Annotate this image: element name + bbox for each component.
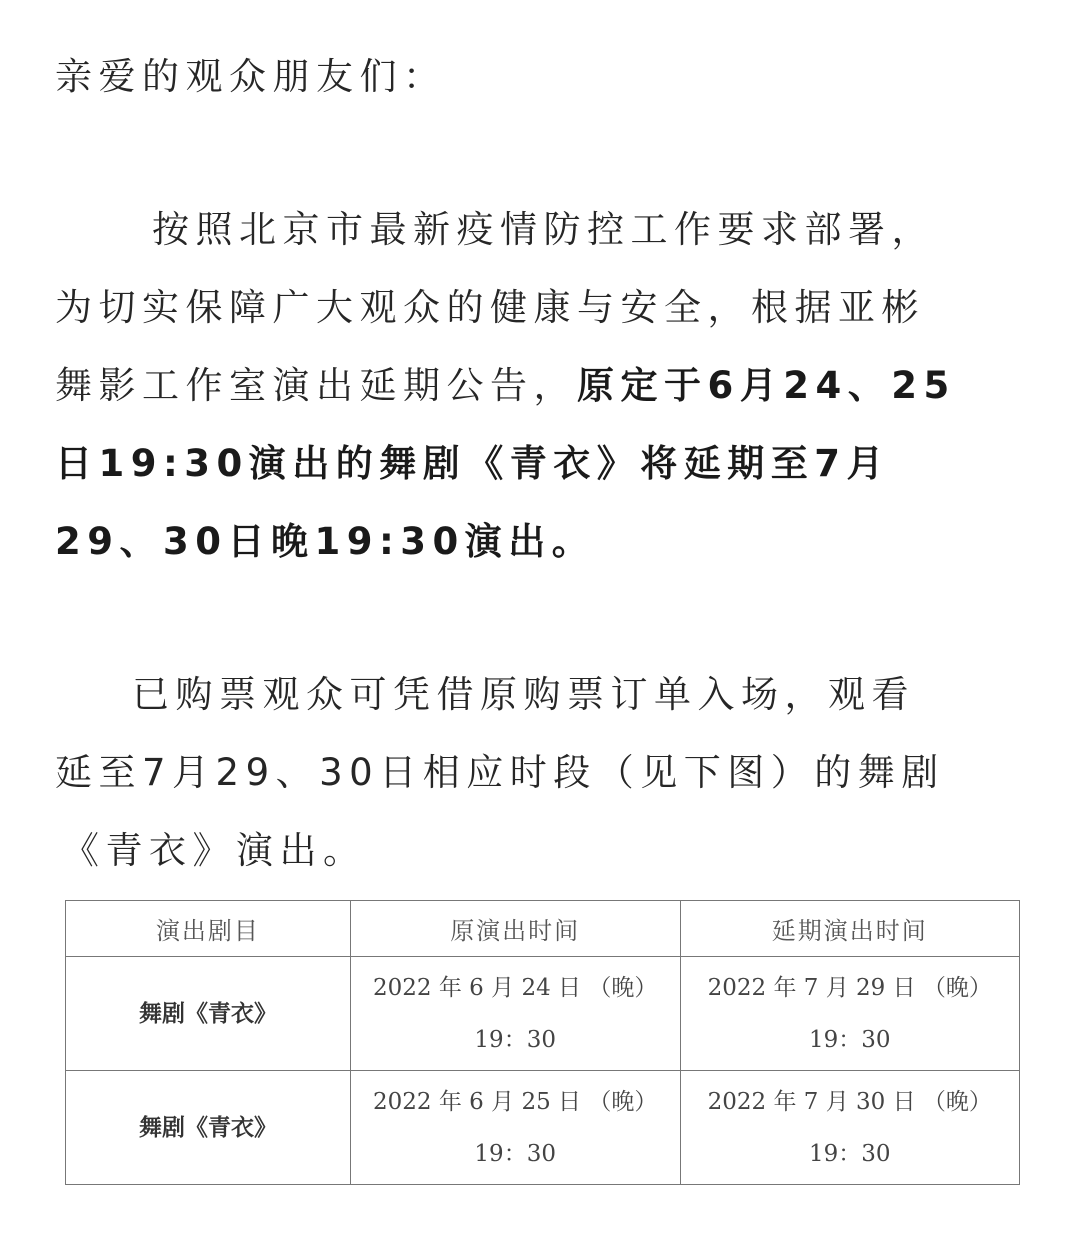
p1-line-4: 日19:30演出的舞剧《青衣》将延期至7月 bbox=[55, 439, 890, 489]
table-header-row: 演出剧目 原演出时间 延期演出时间 bbox=[66, 901, 1020, 957]
header-original-time: 原演出时间 bbox=[350, 901, 680, 957]
p1-line-5: 29、30日晚19:30演出。 bbox=[55, 517, 595, 567]
postponed-clock: 19：30 bbox=[682, 1014, 1019, 1066]
p1-line-3-plain: 舞影工作室演出延期公告， bbox=[55, 364, 577, 407]
postponed-date: 2022 年 7 月 30 日 （晚） bbox=[682, 1076, 1019, 1128]
original-time: 2022 年 6 月 24 日 （晚）19：30 bbox=[350, 957, 680, 1071]
p2-line-3: 《青衣》演出。 bbox=[62, 826, 367, 876]
p1-line-3: 舞影工作室演出延期公告，原定于6月24、25 bbox=[55, 361, 956, 411]
original-clock: 19：30 bbox=[352, 1014, 679, 1066]
original-date: 2022 年 6 月 24 日 （晚） bbox=[352, 962, 679, 1014]
p1-line-3-bold: 原定于6月24、25 bbox=[577, 364, 956, 407]
original-clock: 19：30 bbox=[352, 1128, 679, 1180]
greeting: 亲爱的观众朋友们： bbox=[55, 52, 447, 102]
p2-line-1: 已购票观众可凭借原购票订单入场，观看 bbox=[132, 670, 915, 720]
header-show: 演出剧目 bbox=[66, 901, 351, 957]
show-name: 舞剧《青衣》 bbox=[66, 1071, 351, 1185]
postponed-time: 2022 年 7 月 29 日 （晚）19：30 bbox=[680, 957, 1020, 1071]
p1-line-1: 按照北京市最新疫情防控工作要求部署， bbox=[152, 205, 935, 255]
p1-line-2: 为切实保障广大观众的健康与安全，根据亚彬 bbox=[55, 283, 925, 333]
table-row: 舞剧《青衣》 2022 年 6 月 25 日 （晚）19：30 2022 年 7… bbox=[66, 1071, 1020, 1185]
postponed-date: 2022 年 7 月 29 日 （晚） bbox=[682, 962, 1019, 1014]
schedule-table: 演出剧目 原演出时间 延期演出时间 舞剧《青衣》 2022 年 6 月 24 日… bbox=[65, 900, 1020, 1185]
original-time: 2022 年 6 月 25 日 （晚）19：30 bbox=[350, 1071, 680, 1185]
show-name: 舞剧《青衣》 bbox=[66, 957, 351, 1071]
postponed-clock: 19：30 bbox=[682, 1128, 1019, 1180]
header-postponed-time: 延期演出时间 bbox=[680, 901, 1020, 957]
p2-line-2: 延至7月29、30日相应时段（见下图）的舞剧 bbox=[55, 748, 945, 798]
postponed-time: 2022 年 7 月 30 日 （晚）19：30 bbox=[680, 1071, 1020, 1185]
original-date: 2022 年 6 月 25 日 （晚） bbox=[352, 1076, 679, 1128]
table-row: 舞剧《青衣》 2022 年 6 月 24 日 （晚）19：30 2022 年 7… bbox=[66, 957, 1020, 1071]
